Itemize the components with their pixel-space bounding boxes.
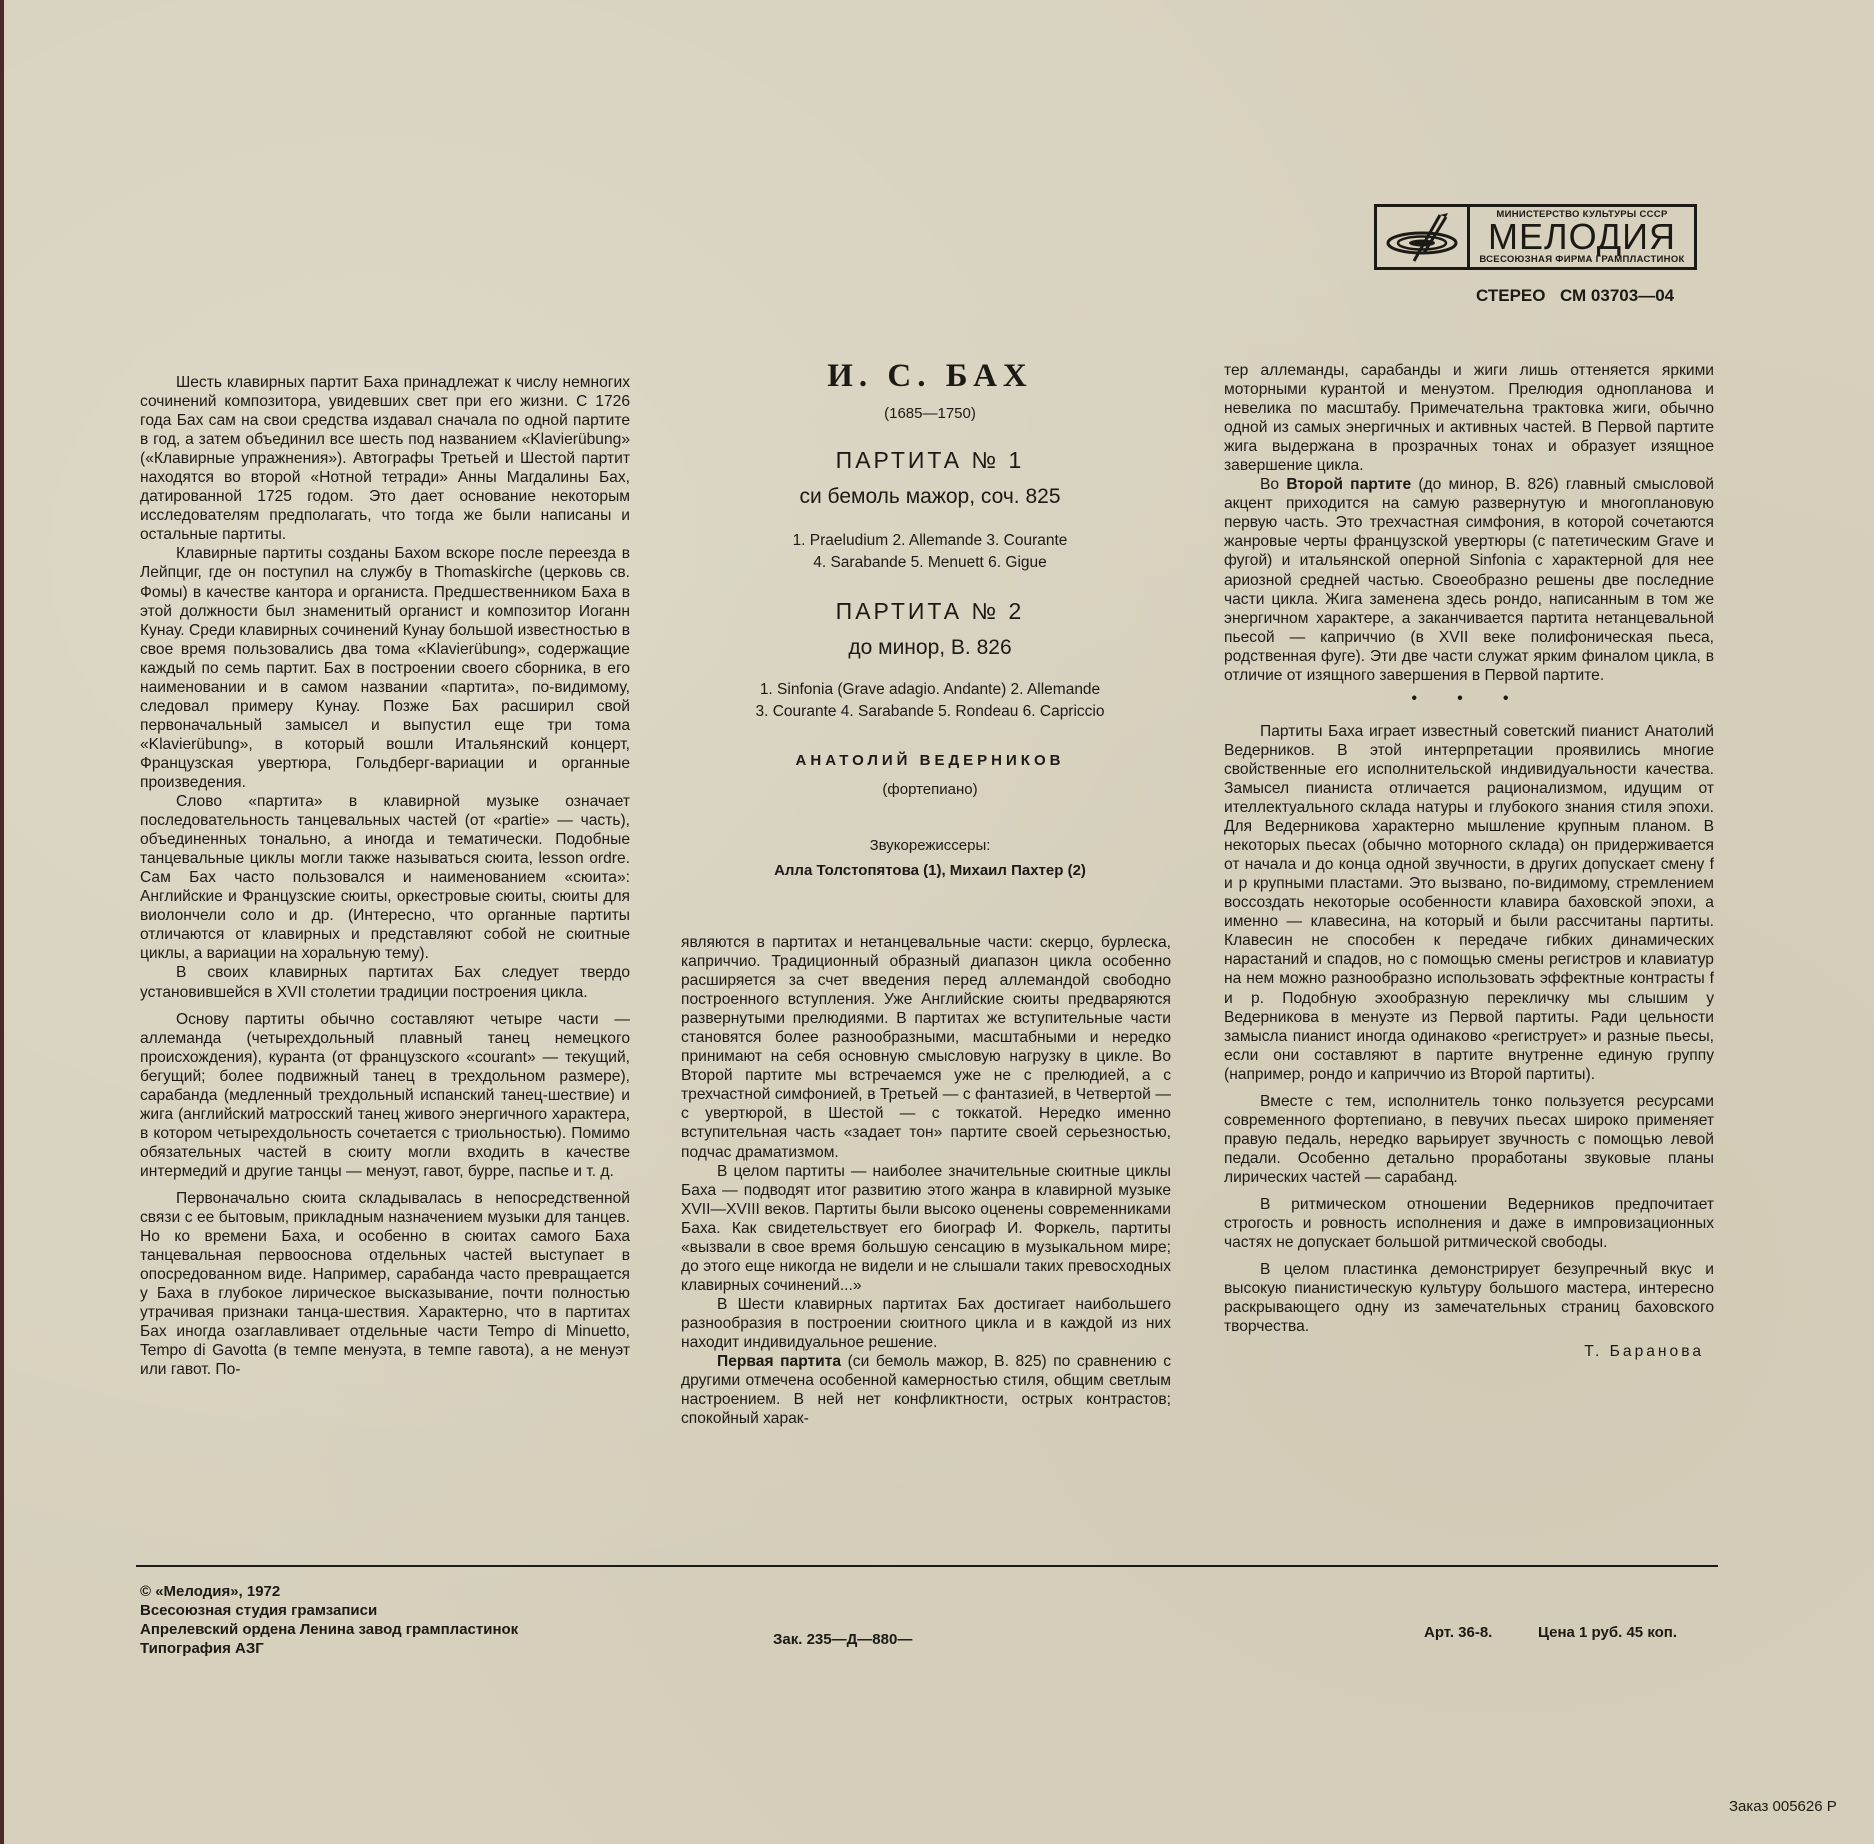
catalog-number: СМ 03703—04	[1560, 286, 1674, 306]
partita-2-title: ПАРТИТА № 2	[690, 598, 1170, 625]
paragraph: Во Второй партите (до минор, В. 826) гла…	[1224, 475, 1714, 685]
paragraph: Вместе с тем, исполнитель тонко пользует…	[1224, 1092, 1714, 1187]
paragraph: являются в партитах и нетанцевальные час…	[681, 933, 1171, 1162]
liner-notes-middle-column: являются в партитах и нетанцевальные час…	[681, 933, 1171, 1428]
movements-line: 3. Courante 4. Sarabande 5. Rondeau 6. C…	[690, 701, 1170, 723]
partita-1-title: ПАРТИТА № 1	[690, 447, 1170, 474]
footer-divider	[136, 1565, 1718, 1567]
paragraph: Шесть клавирных партит Баха принадлежат …	[140, 373, 630, 544]
composer-years: (1685—1750)	[690, 405, 1170, 422]
movements-line: 1. Sinfonia (Grave adagio. Andante) 2. A…	[690, 679, 1170, 701]
partita-1-key: си бемоль мажор, соч. 825	[690, 485, 1170, 509]
paragraph: В своих клавирных партитах Бах следует т…	[140, 963, 630, 1001]
partita-2-movements: 1. Sinfonia (Grave adagio. Andante) 2. A…	[690, 679, 1170, 723]
production-credits: © «Мелодия», 1972 Всесоюзная студия грам…	[140, 1582, 518, 1658]
credit-line: © «Мелодия», 1972	[140, 1582, 518, 1601]
company-text: ВСЕСОЮЗНАЯ ФИРМА ГРАМПЛАСТИНОК	[1479, 254, 1684, 265]
label-name: МЕЛОДИЯ	[1488, 220, 1676, 254]
paragraph: Партиты Баха играет известный советский …	[1224, 722, 1714, 1084]
paragraph: Первая партита (си бемоль мажор, В. 825)…	[681, 1352, 1171, 1428]
paragraph: Клавирные партиты созданы Бахом вскоре п…	[140, 544, 630, 792]
melodiya-logo: МИНИСТЕРСТВО КУЛЬТУРЫ СССР МЕЛОДИЯ ВСЕСО…	[1374, 204, 1697, 270]
paragraph: тер аллеманды, сарабанды и жиги лишь отт…	[1224, 361, 1714, 475]
partita-2-key: до минор, В. 826	[690, 636, 1170, 660]
paragraph-text: (до минор, В. 826) главный смысловой акц…	[1224, 476, 1714, 683]
print-order-number: Заказ 005626 Р	[1729, 1798, 1837, 1815]
sleeve-edge	[0, 0, 4, 1844]
composer-name: И. С. БАХ	[690, 358, 1170, 395]
price: Цена 1 руб. 45 коп.	[1538, 1624, 1677, 1641]
paragraph: В целом партиты — наиболее значительные …	[681, 1162, 1171, 1295]
format-label: СТЕРЕО	[1476, 286, 1545, 306]
movements-line: 4. Sarabande 5. Menuett 6. Gigue	[690, 552, 1170, 574]
order-number: Зак. 235—Д—880—	[773, 1631, 912, 1648]
paragraph: Первоначально сюита складывалась в непос…	[140, 1189, 630, 1379]
first-partita-heading: Первая партита	[717, 1353, 841, 1370]
author-signature: Т. Баранова	[1224, 1342, 1714, 1361]
second-partita-heading: Второй партите	[1286, 476, 1411, 493]
paragraph: В Шести клавирных партитах Бах достигает…	[681, 1295, 1171, 1352]
credit-line: Всесоюзная студия грамзаписи	[140, 1601, 518, 1620]
engineers-names: Алла Толстопятова (1), Михаил Пахтер (2)	[690, 862, 1170, 879]
engineers-label: Звукорежиссеры:	[690, 837, 1170, 854]
partita-1-movements: 1. Praeludium 2. Allemande 3. Courante 4…	[690, 530, 1170, 574]
section-separator: • • •	[1224, 689, 1714, 708]
paragraph: Слово «партита» в клавирной музыке означ…	[140, 792, 630, 963]
paragraph: В ритмическом отношении Ведерников предп…	[1224, 1195, 1714, 1252]
paragraph: В целом пластинка демонстрирует безупреч…	[1224, 1260, 1714, 1336]
liner-notes-right-column: тер аллеманды, сарабанды и жиги лишь отт…	[1224, 361, 1714, 1361]
record-with-notes-icon	[1377, 207, 1470, 267]
performer-instrument: (фортепиано)	[690, 781, 1170, 798]
liner-notes-left-column: Шесть клавирных партит Баха принадлежат …	[140, 373, 630, 1379]
logo-text: МИНИСТЕРСТВО КУЛЬТУРЫ СССР МЕЛОДИЯ ВСЕСО…	[1470, 207, 1694, 267]
paragraph: Основу партиты обычно составляют четыре …	[140, 1010, 630, 1181]
article-number: Арт. 36-8.	[1424, 1624, 1492, 1641]
movements-line: 1. Praeludium 2. Allemande 3. Courante	[690, 530, 1170, 552]
credit-line: Типография АЗГ	[140, 1639, 518, 1658]
performer-name: АНАТОЛИЙ ВЕДЕРНИКОВ	[690, 752, 1170, 769]
credit-line: Апрелевский ордена Ленина завод грамплас…	[140, 1620, 518, 1639]
paragraph-text: Во	[1260, 476, 1286, 493]
